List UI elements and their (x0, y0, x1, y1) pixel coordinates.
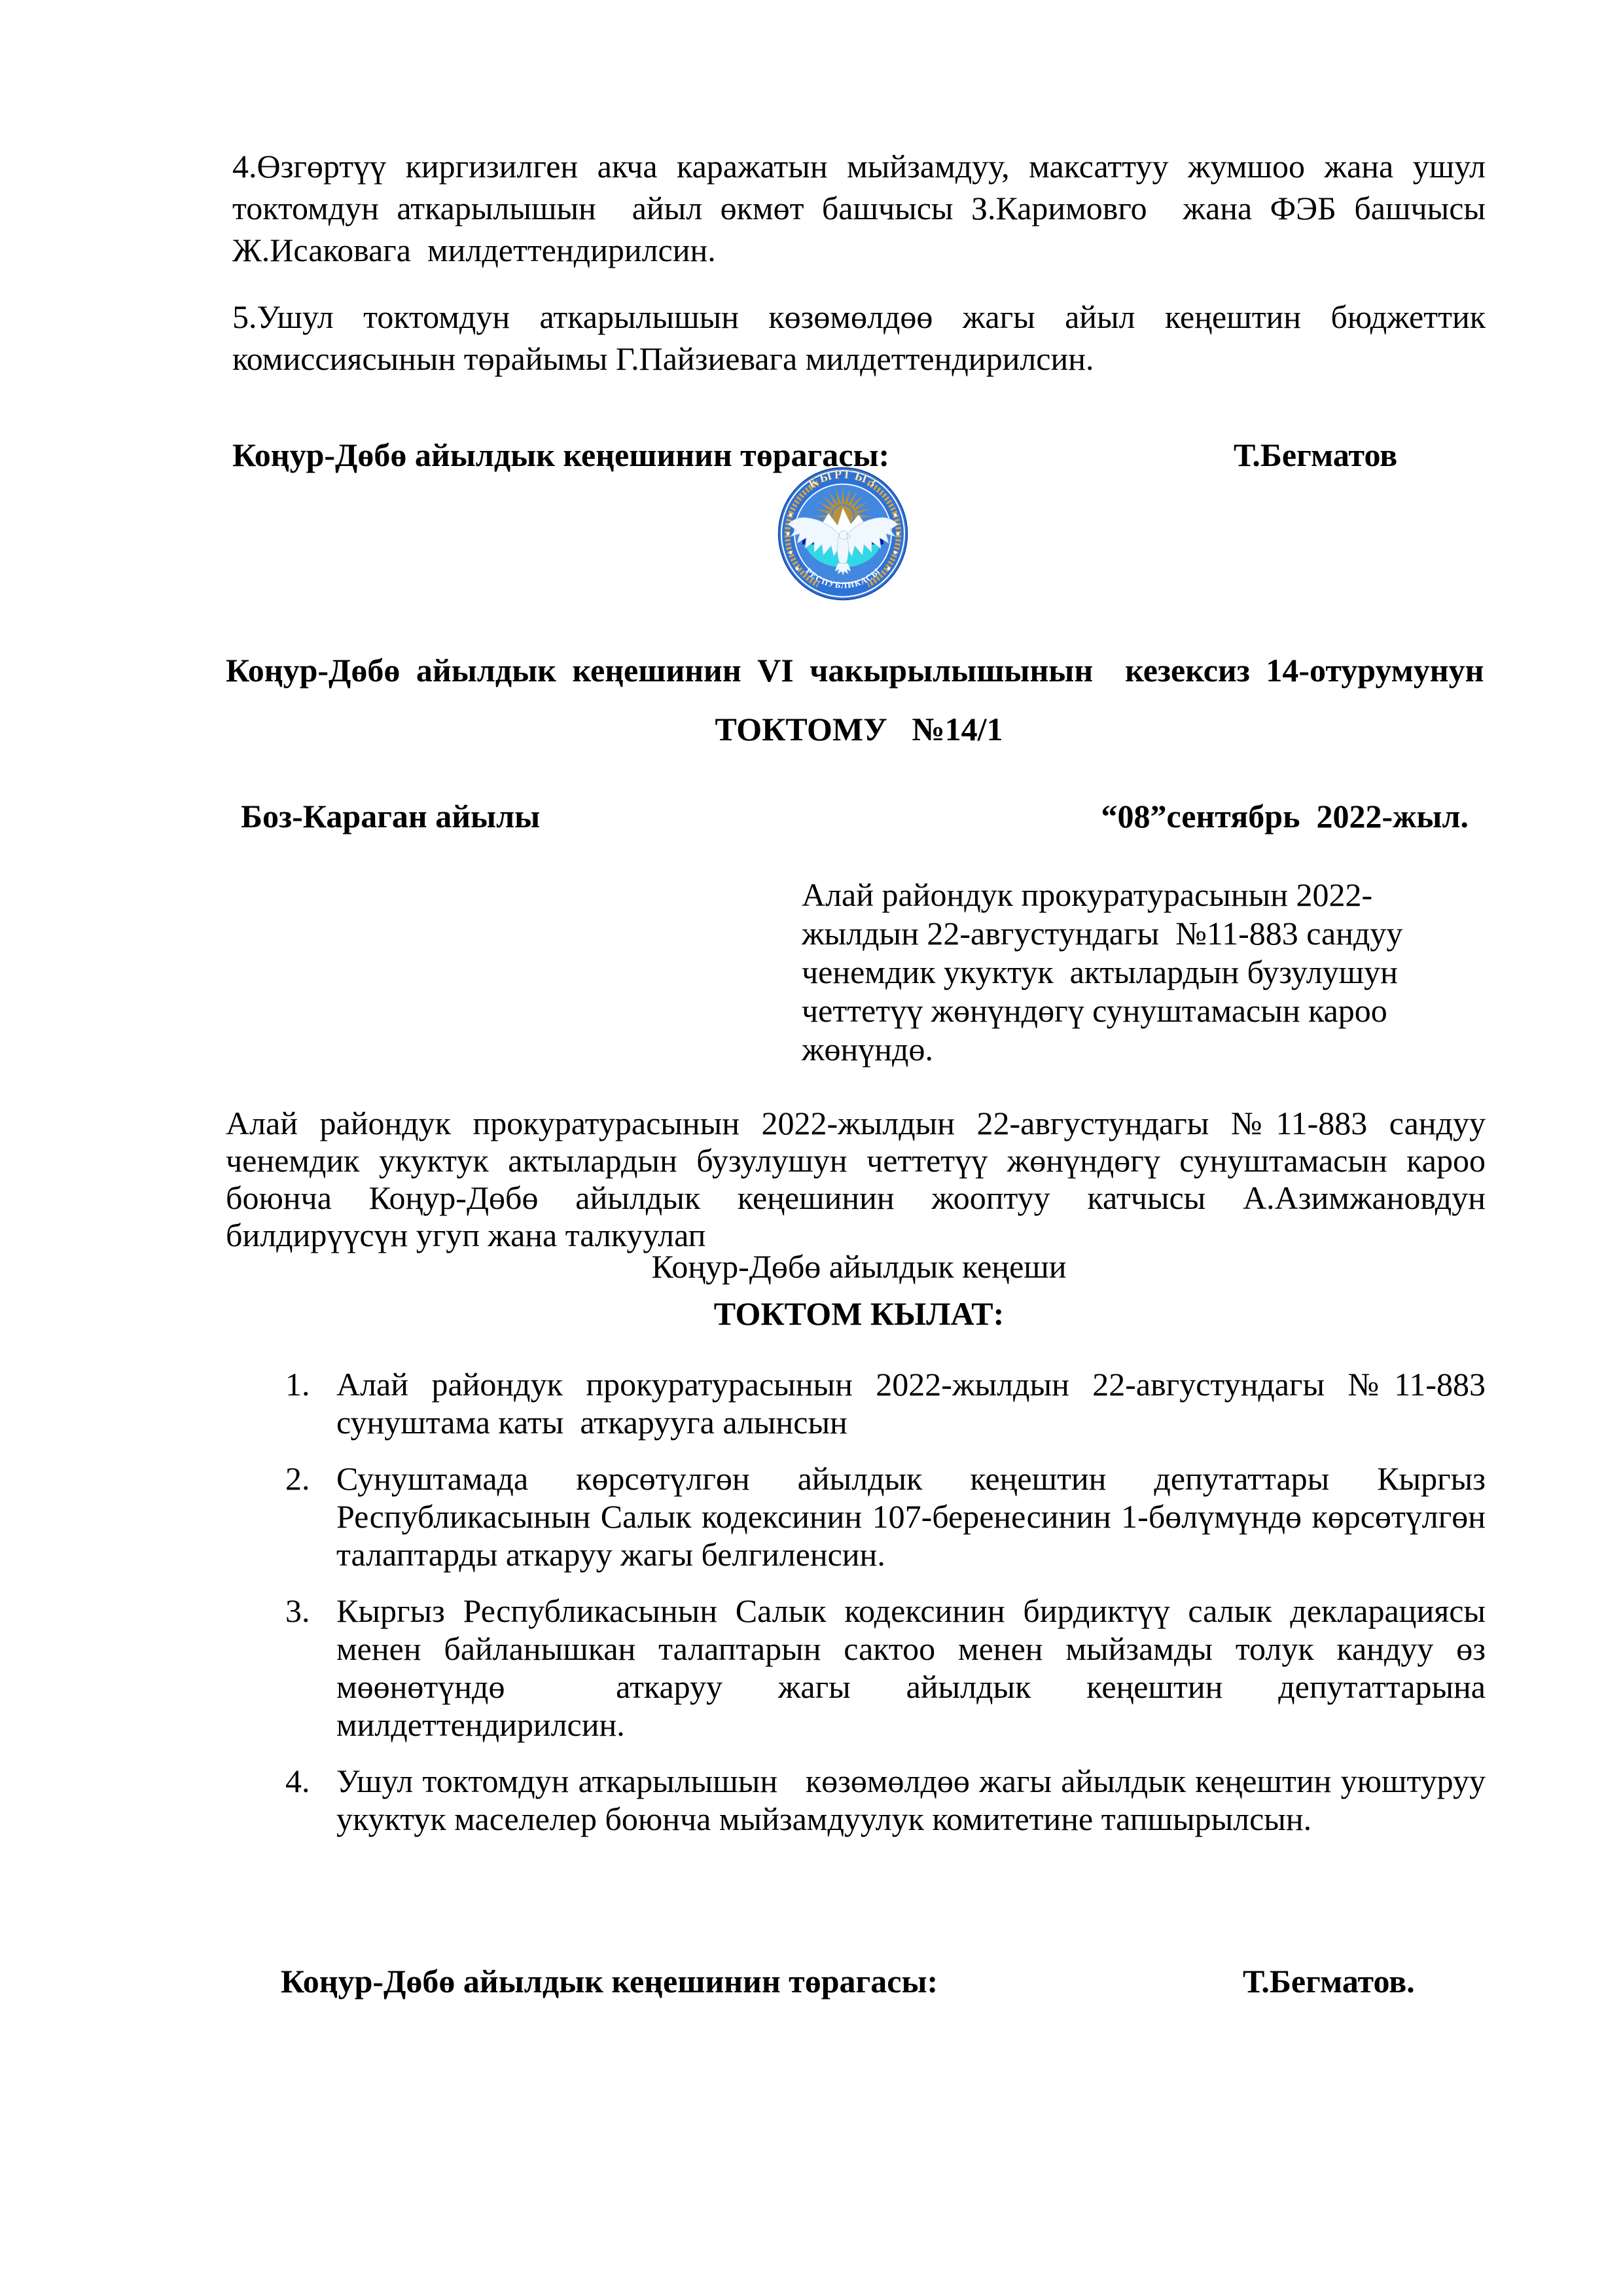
list-item-number: 2. (285, 1460, 310, 1498)
resolution-paragraph-4: 4.Өзгөртүү киргизилген акча каражатын мы… (232, 145, 1486, 271)
place-date-line: Боз-Караган айылы “08”сентябрь 2022-жыл. (241, 797, 1469, 835)
list-item: 1. Алай райондук прокуратурасынын 2022-ж… (285, 1365, 1486, 1441)
list-item: 4. Ушул токтомдун аткарылышын көзөмөлдөө… (285, 1762, 1486, 1838)
list-item-number: 3. (285, 1592, 310, 1630)
signature-line-bottom: Коңур-Дөбө айылдык кеңешинин төрагасы: Т… (281, 1962, 1486, 2003)
decision-list: 1. Алай райондук прокуратурасынын 2022-ж… (285, 1365, 1486, 1856)
preamble-paragraph: Алай райондук прокуратурасынын 2022-жылд… (226, 1105, 1486, 1254)
resolve-heading: ТОКТОМ КЫЛАТ: (232, 1295, 1486, 1333)
decree-subject-block: Алай райондук прокуратурасынын 2022-жылд… (802, 876, 1420, 1069)
document-page: 4.Өзгөртүү киргизилген акча каражатын мы… (0, 0, 1623, 2296)
chairman-title-label: Коңур-Дөбө айылдык кеңешинин төрагасы: (281, 1963, 938, 2000)
council-name-line: Коңур-Дөбө айылдык кеңеши (232, 1247, 1486, 1285)
resolution-paragraph-5: 5.Ушул токтомдун аткарылышын көзөмөлдөө … (232, 296, 1486, 380)
place-name: Боз-Караган айылы (241, 798, 540, 834)
list-item-number: 1. (285, 1365, 310, 1403)
list-item-text: Ушул токтомдун аткарылышын көзөмөлдөө жа… (336, 1762, 1486, 1838)
kyrgyz-emblem-icon: КЫРГЫЗ РЕСПУБЛИКАСЫ (777, 467, 908, 601)
decree-date: “08”сентябрь 2022-жыл. (1101, 797, 1469, 835)
list-item-text: Алай райондук прокуратурасынын 2022-жылд… (336, 1365, 1486, 1441)
session-heading: Коңур-Дөбө айылдык кеңешинин VI чакырылы… (226, 651, 1528, 689)
list-item-text: Сунуштамада көрсөтүлгөн айылдык кеңештин… (336, 1460, 1486, 1573)
list-item-number: 4. (285, 1762, 310, 1800)
chairman-name: Т.Бегматов. (1243, 1962, 1415, 2000)
list-item: 2. Сунуштамада көрсөтүлгөн айылдык кеңеш… (285, 1460, 1486, 1573)
list-item-text: Кыргыз Республикасынын Салык кодексинин … (336, 1592, 1486, 1744)
chairman-name: Т.Бегматов (1234, 436, 1397, 474)
list-item: 3. Кыргыз Республикасынын Салык кодексин… (285, 1592, 1486, 1744)
decree-title: ТОКТОМУ №14/1 (232, 710, 1486, 748)
